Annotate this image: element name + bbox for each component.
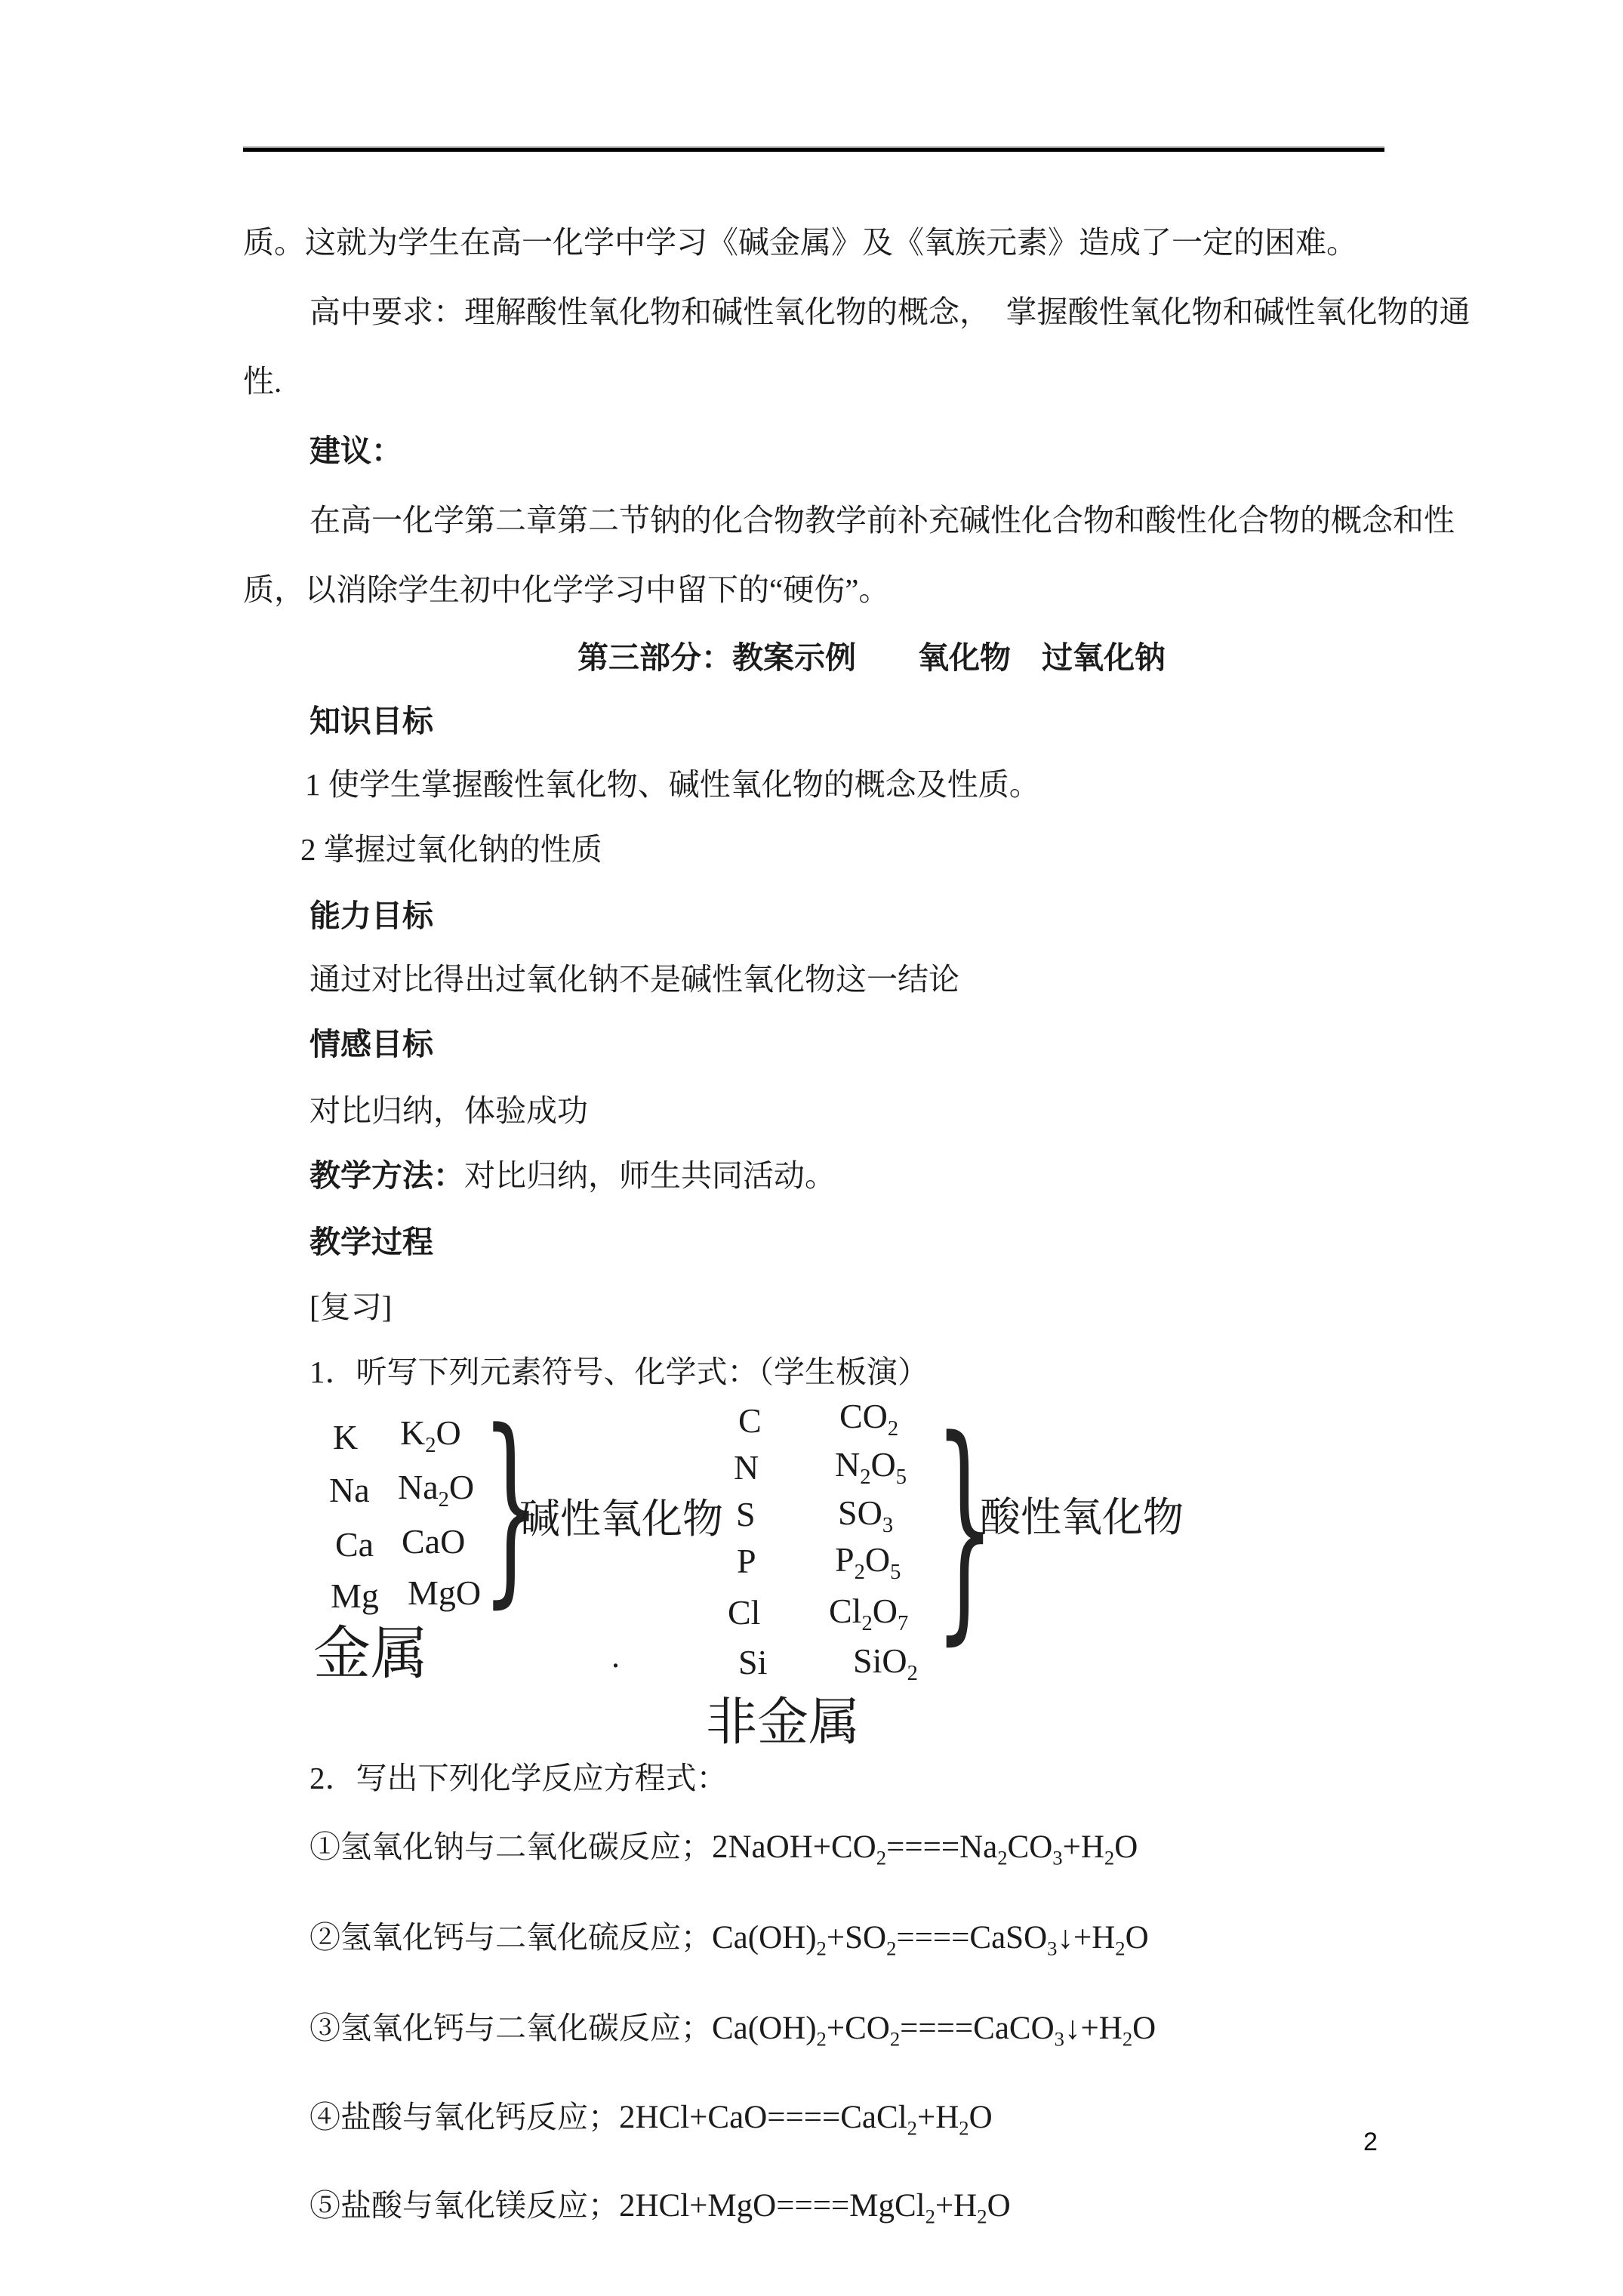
- oxide-formula: MgO: [408, 1575, 481, 1611]
- dictation-prompt: 1．听写下列元素符号、化学式：（学生板演）: [310, 1353, 929, 1391]
- paragraph-line: 性.: [243, 362, 282, 401]
- element-symbol: S: [736, 1496, 756, 1533]
- equation-line: ②氢氧化钙与二氧化硫反应；Ca(OH)2+SO2====CaSO3↓+H2O: [310, 1918, 1149, 1959]
- oxide-formula: N2O5: [835, 1447, 907, 1483]
- oxide-formula: K2O: [400, 1415, 461, 1451]
- method-line: 教学方法：对比归纳，师生共同活动。: [310, 1157, 836, 1195]
- paragraph-line: 在高一化学第二章第二节钠的化合物教学前补充碱性化合物和酸性化合物的概念和性: [310, 501, 1455, 540]
- knowledge-item: 1 使学生掌握酸性氧化物、碱性氧化物的概念及性质。: [305, 766, 1040, 804]
- equation-label: ④盐酸与氧化钙反应；: [310, 2100, 619, 2134]
- equation-line: ⑤盐酸与氧化镁反应；2HCl+MgO====MgCl2+H2O: [310, 2186, 1011, 2227]
- chemical-equation: Ca(OH)2+SO2====CaSO3↓+H2O: [712, 1920, 1149, 1955]
- basic-oxides-label: 碱性氧化物: [519, 1498, 723, 1541]
- equation-label: ②氢氧化钙与二氧化硫反应；: [310, 1920, 712, 1955]
- element-symbol: P: [737, 1543, 756, 1579]
- element-symbol: Cl: [728, 1595, 760, 1631]
- part3-heading: 第三部分：教案示例 氧化物 过氧化钠: [577, 639, 1166, 677]
- header-rule: [243, 148, 1384, 152]
- chemical-equation: 2NaOH+CO2====Na2CO3+H2O: [712, 1829, 1138, 1865]
- equation-line: ④盐酸与氧化钙反应；2HCl+CaO====CaCl2+H2O: [310, 2097, 993, 2138]
- document-page: 质。这就为学生在高一化学中学习《碱金属》及《氧族元素》造成了一定的困难。 高中要…: [0, 0, 1623, 2296]
- method-text: 对比归纳，师生共同活动。: [464, 1158, 836, 1193]
- equation-label: ⑤盐酸与氧化镁反应；: [310, 2188, 619, 2223]
- oxide-formula: SiO2: [853, 1643, 918, 1679]
- element-symbol: N: [734, 1450, 759, 1486]
- equation-label: ①氢氧化钠与二氧化碳反应；: [310, 1829, 712, 1864]
- element-symbol: K: [333, 1419, 358, 1456]
- oxide-formula: P2O5: [835, 1542, 901, 1578]
- knowledge-item: 2 掌握过氧化钠的性质: [300, 831, 602, 869]
- equation-label: ③氢氧化钙与二氧化碳反应；: [310, 2011, 712, 2045]
- emotion-item: 对比归纳，体验成功: [310, 1092, 588, 1130]
- paragraph-line: 高中要求：理解酸性氧化物和碱性氧化物的概念， 掌握酸性氧化物和碱性氧化物的通: [310, 293, 1471, 331]
- nonmetals-label: 非金属: [706, 1696, 860, 1749]
- equation-line: ③氢氧化钙与二氧化碳反应；Ca(OH)2+CO2====CaCO3↓+H2O: [310, 2008, 1156, 2049]
- page-number: 2: [1363, 2128, 1378, 2157]
- equation-line: ①氢氧化钠与二氧化碳反应；2NaOH+CO2====Na2CO3+H2O: [310, 1827, 1138, 1868]
- chemical-equation: 2HCl+MgO====MgCl2+H2O: [619, 2188, 1011, 2224]
- stray-dot: .: [611, 1637, 620, 1675]
- element-symbol: Na: [329, 1472, 370, 1509]
- ability-item: 通过对比得出过氧化钠不是碱性氧化物这一结论: [310, 960, 959, 999]
- knowledge-heading: 知识目标: [310, 702, 433, 741]
- element-symbol: C: [738, 1403, 762, 1439]
- chemical-equation: Ca(OH)2+CO2====CaCO3↓+H2O: [712, 2011, 1156, 2046]
- method-label: 教学方法：: [310, 1158, 464, 1193]
- acidic-oxides-label: 酸性氧化物: [980, 1496, 1184, 1539]
- metals-label: 金属: [313, 1625, 428, 1685]
- element-symbol: Mg: [331, 1578, 379, 1614]
- oxide-formula: SO3: [838, 1495, 893, 1531]
- ability-heading: 能力目标: [310, 897, 433, 935]
- oxide-formula: CaO: [402, 1524, 465, 1560]
- suggestion-heading: 建议：: [310, 432, 402, 470]
- oxide-formula: CO2: [839, 1398, 898, 1435]
- equations-prompt: 2．写出下列化学反应方程式：: [310, 1759, 728, 1798]
- paragraph-line: 质。这就为学生在高一化学中学习《碱金属》及《氧族元素》造成了一定的困难。: [243, 223, 1357, 262]
- oxide-formula: Cl2O7: [829, 1593, 908, 1629]
- element-symbol: Si: [738, 1644, 767, 1681]
- oxide-formula: Na2O: [398, 1469, 474, 1505]
- emotion-heading: 情感目标: [310, 1025, 433, 1064]
- paragraph-line: 质，以消除学生初中化学学习中留下的“硬伤”。: [243, 571, 889, 609]
- process-heading: 教学过程: [310, 1223, 433, 1262]
- review-bracket: [复习]: [310, 1288, 392, 1327]
- element-symbol: Ca: [335, 1527, 374, 1563]
- chemical-equation: 2HCl+CaO====CaCl2+H2O: [619, 2100, 993, 2135]
